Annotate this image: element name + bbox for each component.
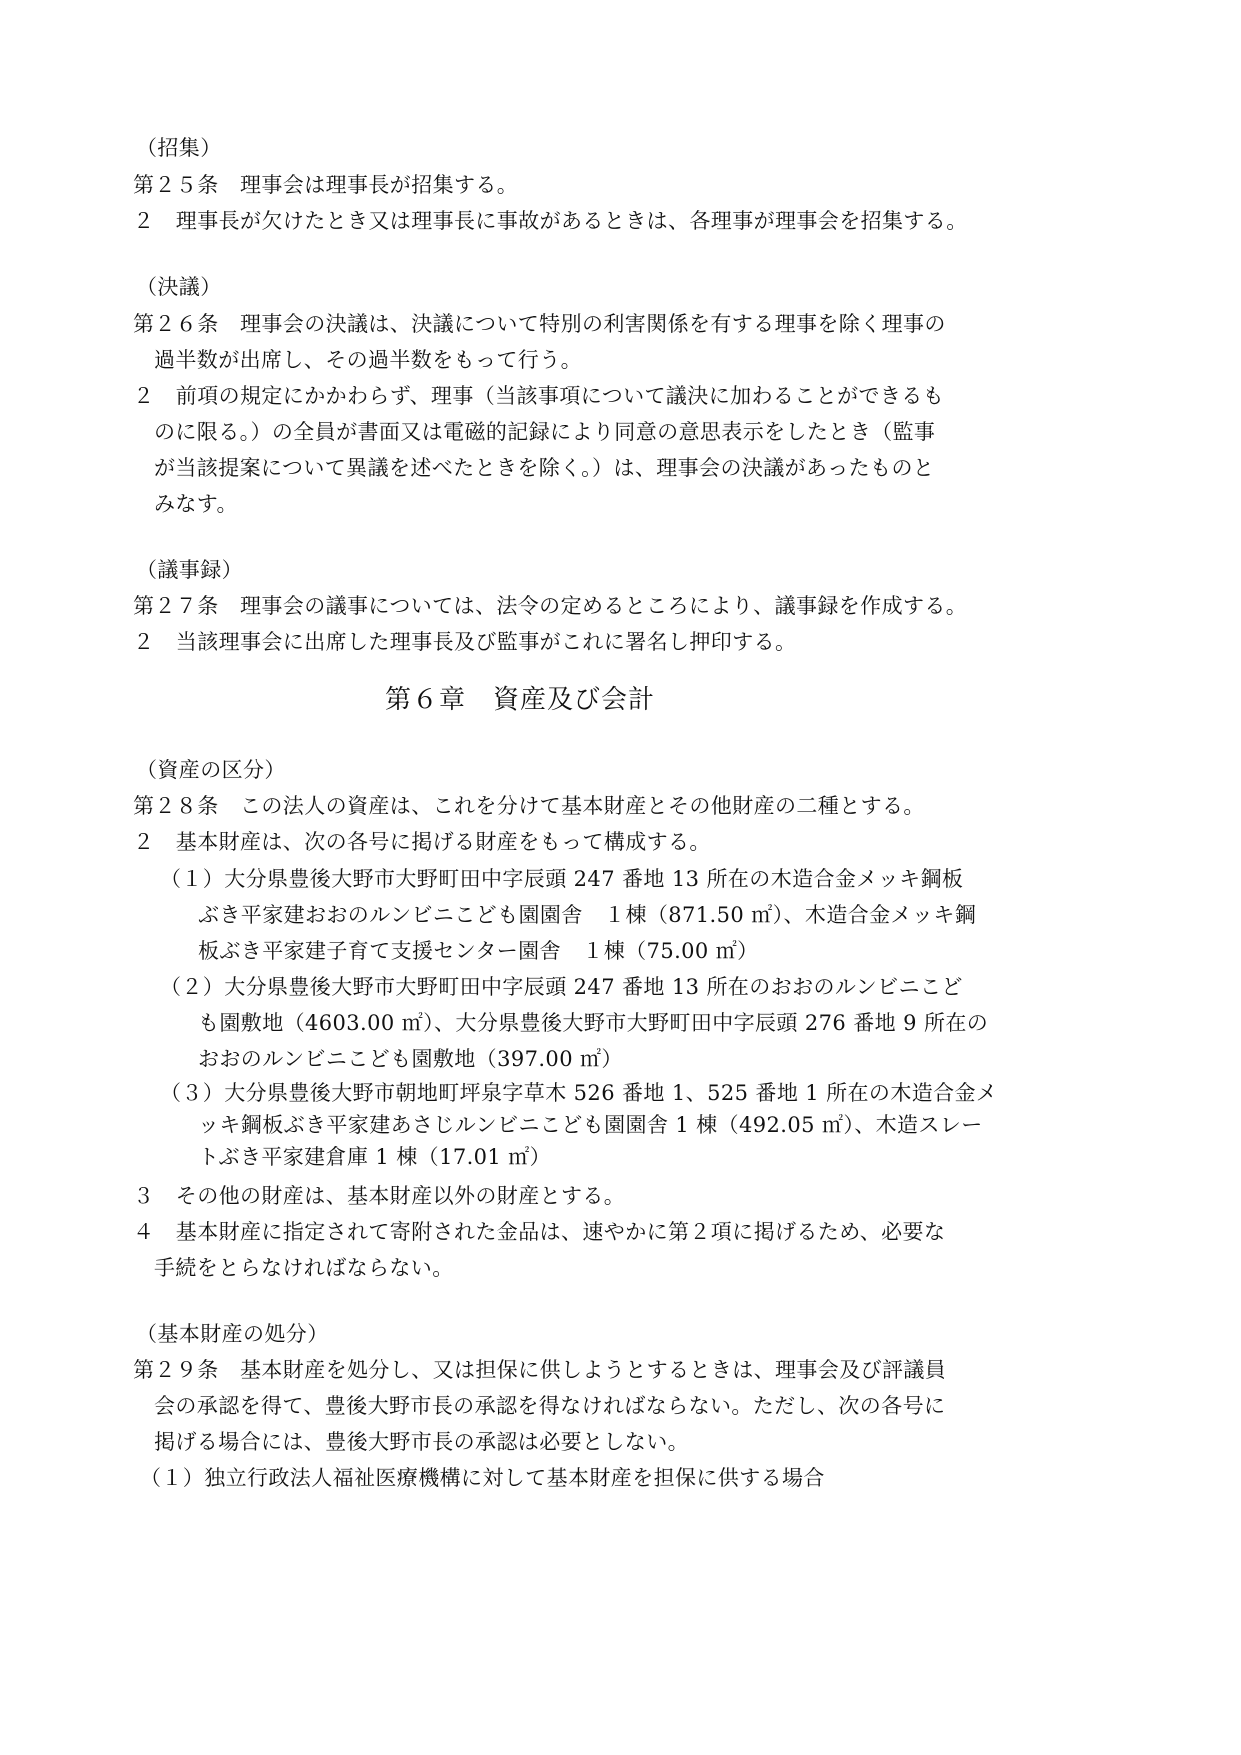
article-26-heading: （決議） (136, 273, 222, 301)
article-28-heading: （資産の区分） (136, 756, 286, 784)
article-28-item: 板ぶき平家建子育て支援センター園舎 １棟（75.00 ㎡） (198, 937, 759, 965)
article-29-line: 第２９条 基本財産を処分し、又は担保に供しようとするときは、理事会及び評議員 (133, 1356, 946, 1384)
article-26-line: 過半数が出席し、その過半数をもって行う。 (154, 346, 582, 374)
article-26-line: みなす。 (154, 490, 238, 518)
article-29-heading: （基本財産の処分） (136, 1320, 329, 1348)
article-25-line: 第２５条 理事会は理事長が招集する。 (133, 171, 518, 199)
article-28-item: トぶき平家建倉庫 1 棟（17.01 ㎡） (198, 1143, 551, 1171)
article-28-item: ぶき平家建おおのルンビニこども園園舎 １棟（871.50 ㎡）、木造合金メッキ鋼 (198, 901, 976, 929)
article-28-line: ４ 基本財産に指定されて寄附された金品は、速やかに第２項に掲げるため、必要な (133, 1218, 945, 1246)
article-28-line: 第２８条 この法人の資産は、これを分けて基本財産とその他財産の二種とする。 (133, 792, 925, 820)
article-29-item: （１）独立行政法人福祉医療機構に対して基本財産を担保に供する場合 (140, 1464, 825, 1492)
article-28-line: 手続をとらなければならない。 (154, 1254, 454, 1282)
article-26-line: ２ 前項の規定にかかわらず、理事（当該事項について議決に加わることができるも (133, 382, 944, 410)
article-28-item: おおのルンビニこども園敷地（397.00 ㎡） (198, 1045, 623, 1073)
article-27-line: 第２７条 理事会の議事については、法令の定めるところにより、議事録を作成する。 (133, 592, 967, 620)
article-28-item: も園敷地（4603.00 ㎡）、大分県豊後大野市大野町田中字辰頭 276 番地 … (198, 1009, 988, 1037)
article-28-item: ッキ鋼板ぶき平家建あさじルンビニこども園園舎 1 棟（492.05 ㎡）、木造ス… (198, 1111, 983, 1139)
article-26-line: 第２６条 理事会の決議は、決議について特別の利害関係を有する理事を除く理事の (133, 310, 946, 338)
article-28-item: （２）大分県豊後大野市大野町田中字辰頭 247 番地 13 所在のおおのルンビニ… (160, 973, 963, 1001)
article-27-heading: （議事録） (136, 556, 243, 584)
article-25-heading: （招集） (136, 134, 222, 162)
article-29-line: 掲げる場合には、豊後大野市長の承認は必要としない。 (154, 1428, 689, 1456)
article-28-item: （３）大分県豊後大野市朝地町坪泉字草木 526 番地 1、525 番地 1 所在… (160, 1079, 997, 1107)
article-28-item: （１）大分県豊後大野市大野町田中字辰頭 247 番地 13 所在の木造合金メッキ… (160, 865, 963, 893)
article-25-line: ２ 理事長が欠けたとき又は理事長に事故があるときは、各理事が理事会を招集する。 (133, 207, 968, 235)
article-28-line: ３ その他の財産は、基本財産以外の財産とする。 (133, 1182, 625, 1210)
article-26-line: のに限る。）の全員が書面又は電磁的記録により同意の意思表示をしたとき（監事 (154, 418, 935, 446)
article-26-line: が当該提案について異議を述べたときを除く。）は、理事会の決議があったものと (154, 454, 934, 482)
article-27-line: ２ 当該理事会に出席した理事長及び監事がこれに署名し押印する。 (133, 628, 796, 656)
article-28-line: ２ 基本財産は、次の各号に掲げる財産をもって構成する。 (133, 828, 711, 856)
article-29-line: 会の承認を得て、豊後大野市長の承認を得なければならない。ただし、次の各号に (154, 1392, 945, 1420)
chapter-title: 第６章 資産及び会計 (385, 683, 655, 717)
